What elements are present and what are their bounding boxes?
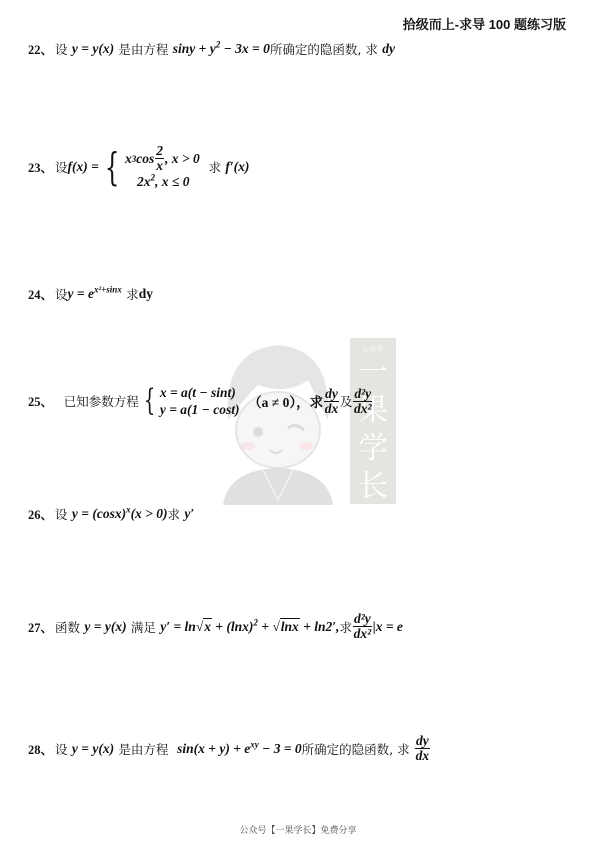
- question-text: 求: [208, 158, 221, 176]
- question-22: 22、 设 y = y(x) 是由方程 siny + y2 − 3x = 0 所…: [28, 40, 395, 58]
- question-text: 满足: [131, 618, 156, 636]
- math-expr: f(x) =: [68, 159, 99, 175]
- question-25: 25、 已知参数方程 { x = a(t − sint) y = a(1 − c…: [28, 384, 373, 418]
- fraction: dydx: [415, 734, 430, 763]
- question-text: 设: [55, 740, 68, 758]
- question-24: 24、 设 y = ex²+sinx 求 dy: [28, 285, 153, 303]
- math-expr: siny + y2 − 3x = 0: [173, 41, 270, 57]
- question-text: 设: [55, 505, 68, 523]
- question-text: 所确定的隐函数, 求: [302, 740, 410, 758]
- question-text: 函数: [55, 618, 80, 636]
- question-number: 22、: [28, 40, 53, 58]
- question-text: 及: [340, 392, 353, 410]
- question-text: 已知参数方程: [64, 392, 139, 410]
- fraction: d²ydx²: [353, 387, 372, 416]
- piecewise-cases: x3cos 2x , x > 0 2x2, x ≤ 0: [125, 144, 200, 190]
- watermark-panel-label: 公众号: [363, 344, 384, 354]
- math-expr: （a ≠ 0），求: [248, 391, 323, 411]
- question-28: 28、 设 y = y(x) 是由方程 sin(x + y) + exy − 3…: [28, 734, 431, 763]
- math-expr: dy: [139, 286, 153, 302]
- math-expr: y = (cosx)x(x > 0): [72, 506, 168, 522]
- fraction: dydx: [324, 387, 339, 416]
- watermark-char: 学: [358, 430, 388, 468]
- question-text: 是由方程: [118, 40, 168, 58]
- question-number: 24、: [28, 285, 53, 303]
- watermark-char: 长: [358, 468, 388, 506]
- math-expr: |x = e: [373, 619, 403, 635]
- question-27: 27、 函数 y = y(x) 满足 y′ = ln√x + (lnx)2 + …: [28, 612, 403, 641]
- question-26: 26、 设 y = (cosx)x(x > 0) 求 y′: [28, 505, 194, 523]
- question-text: 求: [339, 618, 352, 636]
- math-expr: y′: [184, 506, 194, 522]
- math-expr: y = y(x): [72, 41, 114, 57]
- question-text: 设: [55, 40, 68, 58]
- question-number: 23、: [28, 158, 53, 176]
- question-number: 27、: [28, 618, 53, 636]
- math-expr: f′(x): [225, 159, 249, 175]
- question-text: 求: [168, 505, 181, 523]
- question-text: 所确定的隐函数, 求: [270, 40, 378, 58]
- question-text: 是由方程: [118, 740, 168, 758]
- math-expr: y = y(x): [84, 619, 126, 635]
- question-number: 25、: [28, 392, 53, 410]
- question-number: 26、: [28, 505, 53, 523]
- math-expr: dy: [382, 41, 395, 57]
- left-brace-icon: {: [144, 386, 155, 416]
- math-expr: y = ex²+sinx: [68, 286, 122, 302]
- page-footer: 公众号【一果学长】免费分享: [0, 823, 596, 836]
- mascot-watermark-icon: [218, 340, 338, 505]
- math-expr: sin(x + y) + exy − 3 = 0: [177, 741, 302, 757]
- question-text: 求: [126, 285, 139, 303]
- question-23: 23、 设 f(x) = { x3cos 2x , x > 0 2x2, x ≤…: [28, 144, 249, 190]
- math-expr: y′ = ln√x + (lnx)2 + √lnx + ln2′,: [160, 619, 339, 635]
- question-text: 设: [55, 158, 68, 176]
- question-number: 28、: [28, 740, 53, 758]
- question-text: 设: [55, 285, 68, 303]
- page-header-title: 拾级而上-求导 100 题练习版: [403, 14, 566, 33]
- watermark-panel: 公众号 一 果 学 长: [350, 338, 396, 504]
- parametric-equations: x = a(t − sint) y = a(1 − cost): [160, 384, 240, 418]
- left-brace-icon: {: [105, 148, 120, 186]
- math-expr: y = y(x): [72, 741, 114, 757]
- fraction: d²ydx²: [353, 612, 372, 641]
